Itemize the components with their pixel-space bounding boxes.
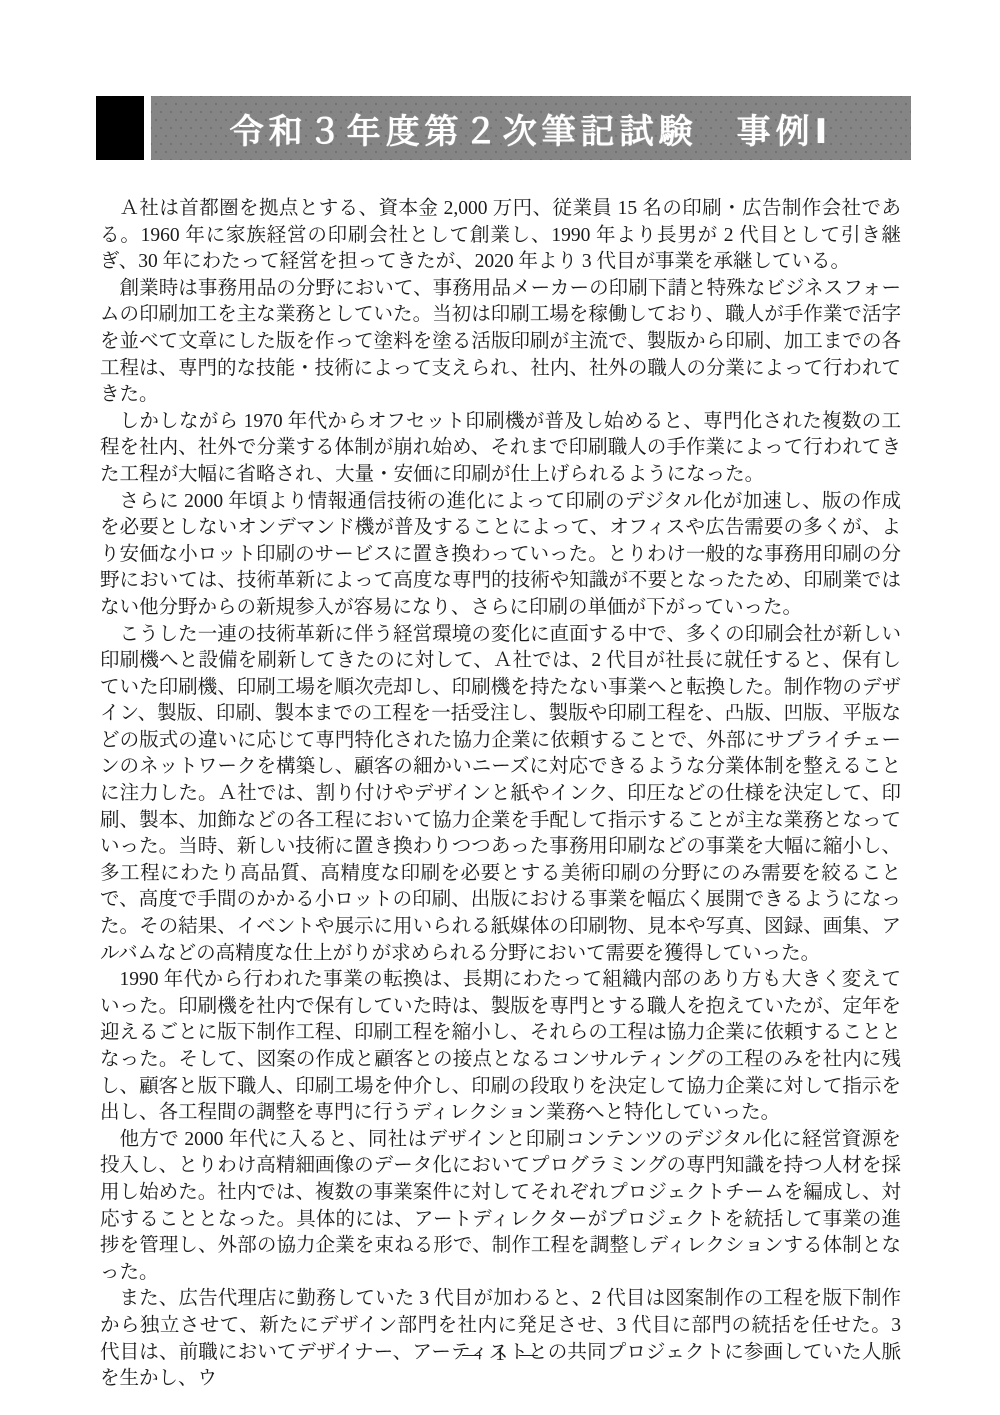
header-black-block — [96, 96, 144, 160]
paragraph-third-generation: また、広告代理店に勤務していた 3 代目が加わると、2 代目は図案制作の工程を版… — [100, 1286, 901, 1392]
page-footer: — 1 — — [0, 1344, 1000, 1366]
paragraph-digitalization: さらに 2000 年頃より情報通信技術の進化によって印刷のデジタル化が加速し、版… — [100, 489, 901, 622]
paragraph-2000s-investment: 他方で 2000 年代に入ると、同社はデザインと印刷コンテンツのデジタル化に経営… — [100, 1127, 901, 1287]
paragraph-organizational-change: 1990 年代から行われた事業の転換は、長期にわたって組織内部のあり方も大きく変… — [100, 967, 901, 1127]
paragraph-company-overview: Ａ社は首都圏を拠点とする、資本金 2,000 万円、従業員 15 名の印刷・広告… — [100, 196, 901, 276]
title-banner: 令和３年度第２次筆記試験 事例Ⅰ — [151, 96, 911, 160]
page-title: 令和３年度第２次筆記試験 事例Ⅰ — [230, 104, 833, 153]
paragraph-founding-business: 創業時は事務用品の分野において、事務用品メーカーの印刷下請と特殊なビジネスフォー… — [100, 276, 901, 409]
case-body-text: Ａ社は首都圏を拠点とする、資本金 2,000 万円、従業員 15 名の印刷・広告… — [100, 196, 901, 1393]
footer-left-dash: — — [462, 1344, 481, 1366]
title-header: 令和３年度第２次筆記試験 事例Ⅰ — [96, 96, 911, 160]
paragraph-business-transition: こうした一連の技術革新に伴う経営環境の変化に直面する中で、多くの印刷会社が新しい… — [100, 622, 901, 968]
paragraph-offset-printing: しかしながら 1970 年代からオフセット印刷機が普及し始めると、専門化された複… — [100, 409, 901, 489]
footer-page-number: 1 — [495, 1344, 505, 1366]
exam-document-page: 令和３年度第２次筆記試験 事例Ⅰ Ａ社は首都圏を拠点とする、資本金 2,000 … — [0, 0, 1000, 1415]
footer-right-dash: — — [519, 1344, 538, 1366]
